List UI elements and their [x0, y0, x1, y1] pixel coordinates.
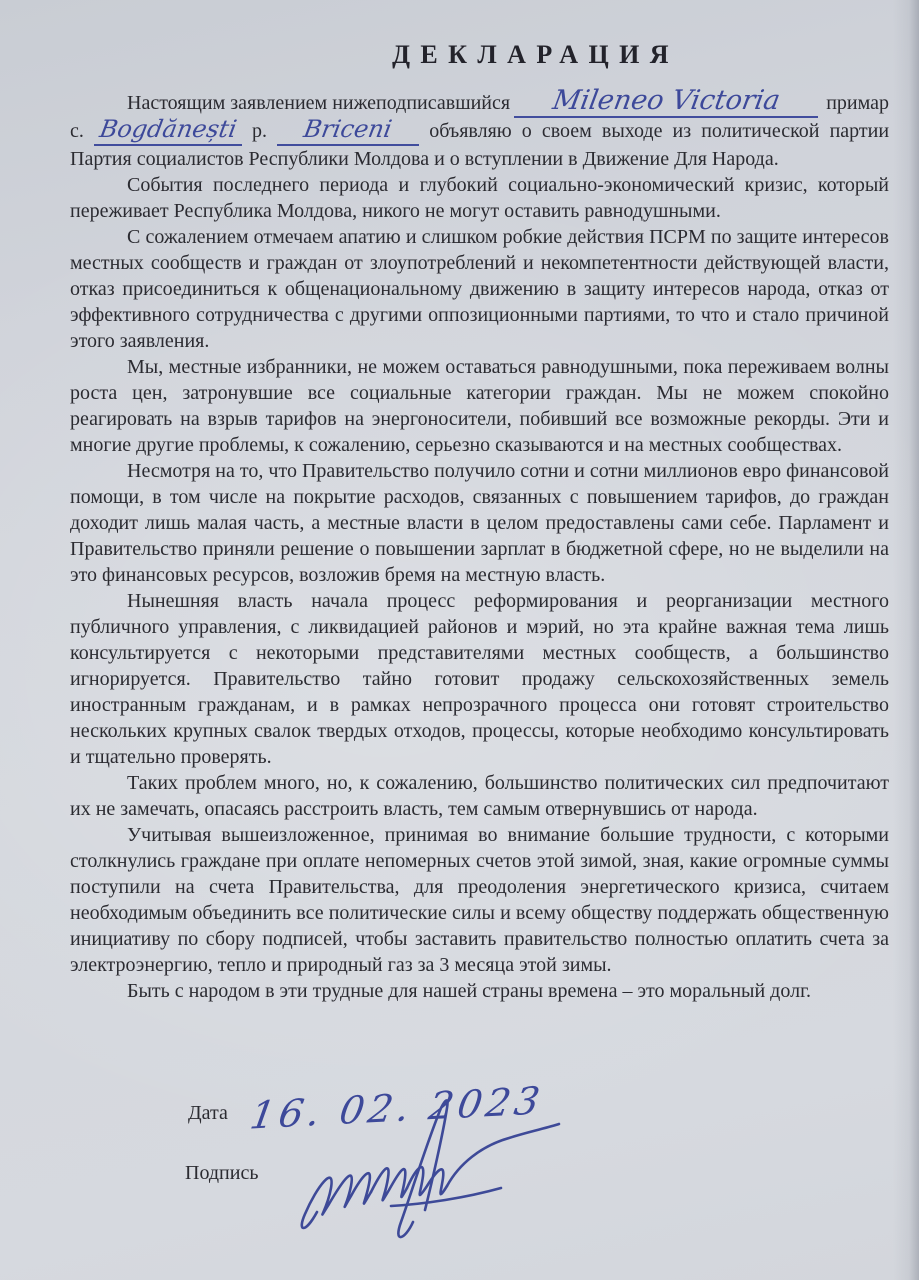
district-prefix: р.	[252, 120, 267, 142]
document-body: Настоящим заявлением нижеподписавшийсяMi…	[70, 90, 889, 1004]
village-prefix: с.	[70, 120, 84, 142]
intro-after-name-text: примар	[826, 90, 889, 116]
handwritten-district-field: Briceni	[277, 118, 419, 146]
intro-first-line: Настоящим заявлением нижеподписавшийсяMi…	[70, 90, 889, 118]
paragraph: Учитывая вышеизложенное, принимая во вни…	[70, 822, 889, 978]
signature-block: Дата 16. 02. 2023 Подпись	[0, 1086, 919, 1280]
paragraph: Несмотря на то, что Правительство получи…	[70, 458, 889, 588]
handwritten-name-field: Mileneo Victoria	[514, 90, 818, 118]
signature-label: Подпись	[185, 1162, 258, 1185]
document-title: ДЕКЛАРАЦИЯ	[76, 40, 919, 70]
scanned-declaration-page: ДЕКЛАРАЦИЯ Настоящим заявлением нижеподп…	[0, 0, 919, 1280]
intro-lead-text: Настоящим заявлением нижеподписавшийся	[70, 90, 510, 116]
paragraph: Таких проблем много, но, к сожалению, бо…	[70, 770, 889, 822]
handwritten-district: Briceni	[303, 120, 394, 138]
paragraph: Быть с народом в эти трудные для нашей с…	[70, 978, 889, 1004]
paragraph: С сожалением отмечаем апатию и слишком р…	[70, 224, 889, 354]
date-label: Дата	[188, 1102, 228, 1125]
handwritten-village-field: Bogdănești	[94, 118, 242, 146]
handwritten-name: Mileneo Victoria	[551, 92, 781, 110]
signature-scribble	[295, 1094, 565, 1244]
intro-continuation: с. Bogdănești р. Briceni объявляю о свое…	[70, 118, 889, 172]
paragraph: Мы, местные избранники, не можем остават…	[70, 354, 889, 458]
paragraph: События последнего периода и глубокий со…	[70, 172, 889, 224]
paragraph: Нынешняя власть начала процесс реформиро…	[70, 588, 889, 770]
handwritten-village: Bogdănești	[98, 120, 238, 138]
